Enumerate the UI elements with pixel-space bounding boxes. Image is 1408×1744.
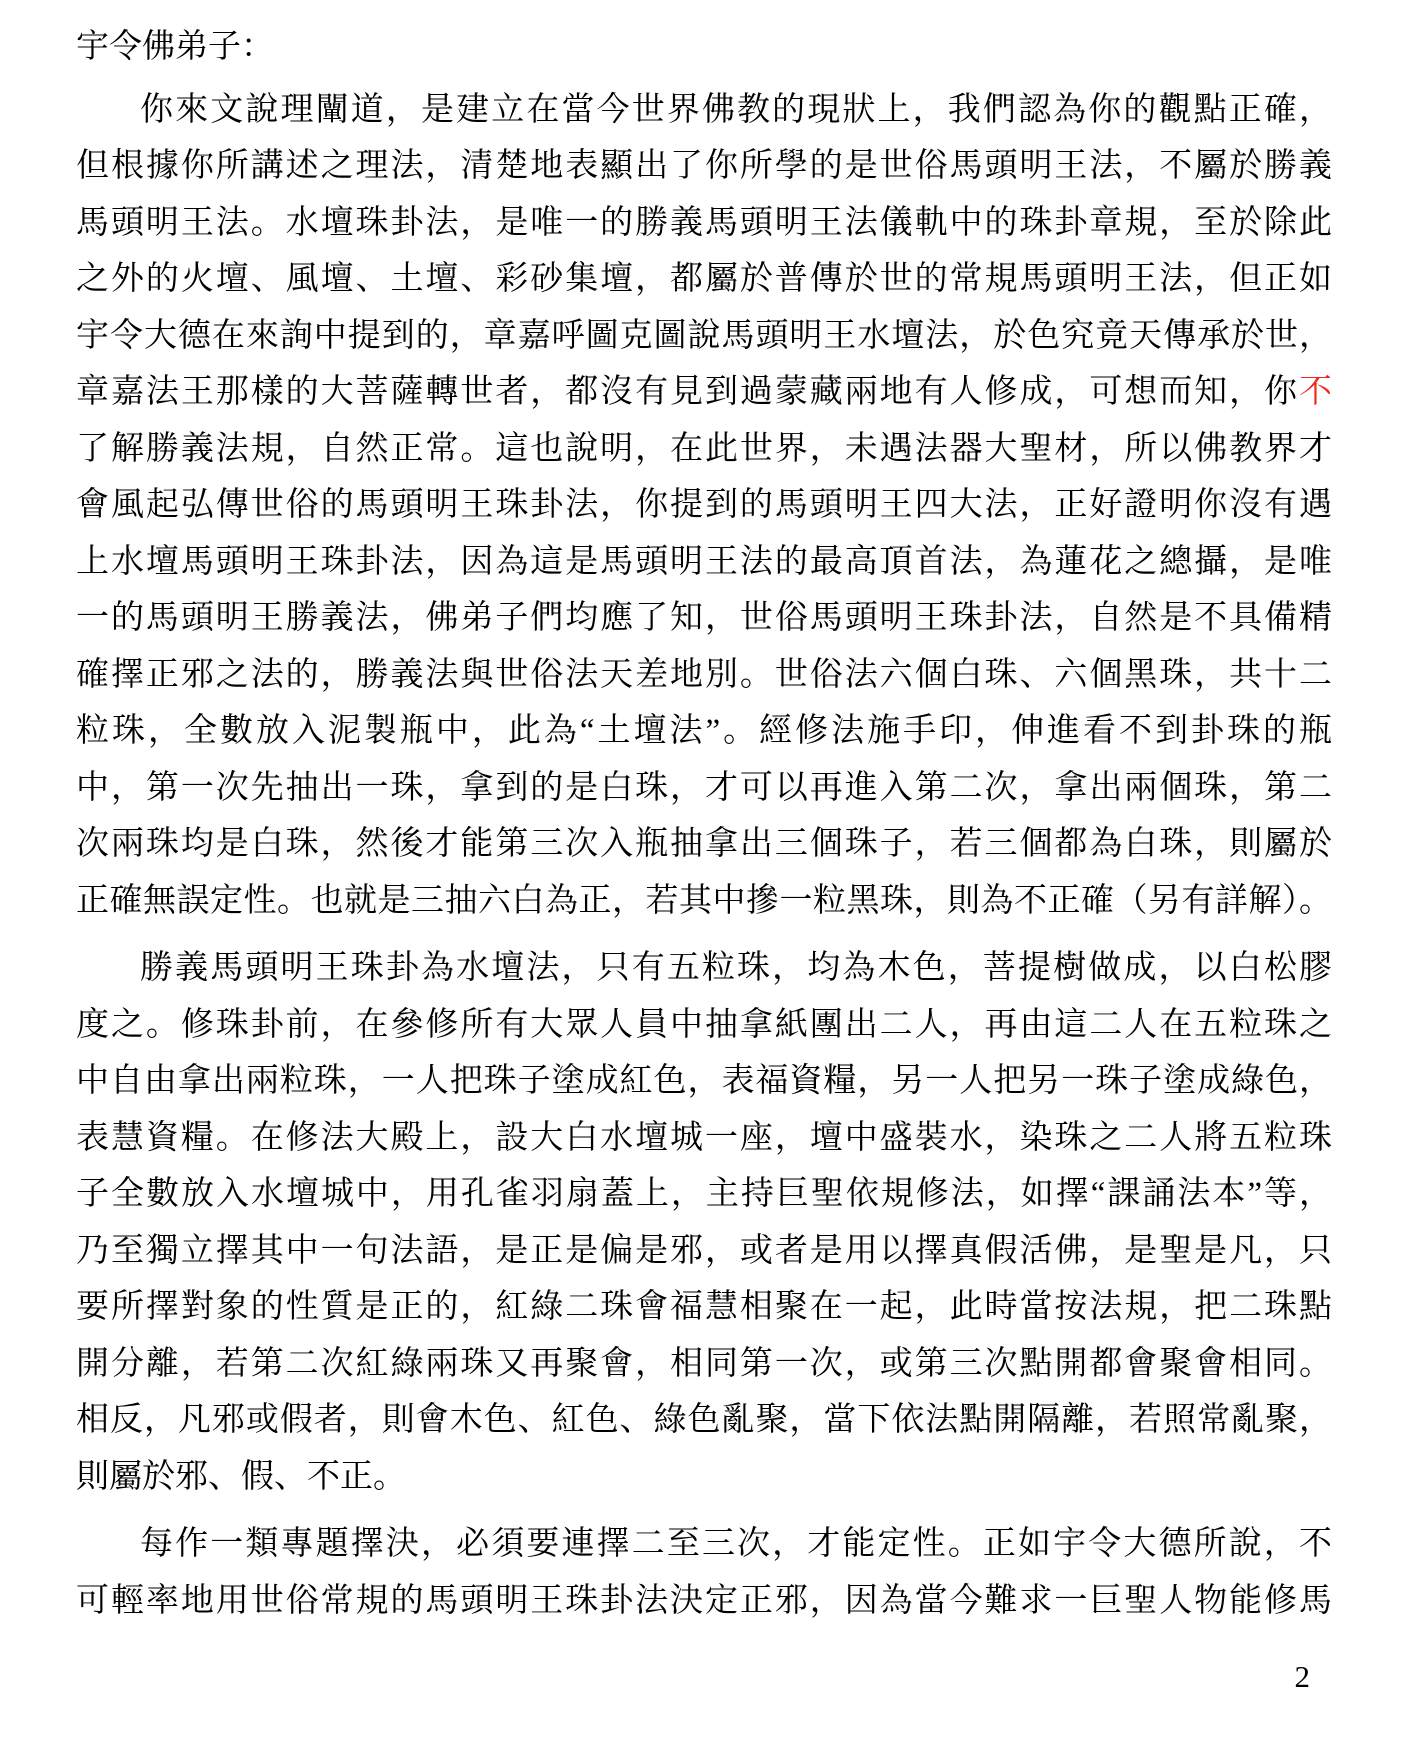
text-line: 中，第一次先抽出一珠，拿到的是白珠，才可以再進入第二次，拿出兩個珠，第二: [76, 760, 1332, 817]
text-line: 開分離，若第二次紅綠兩珠又再聚會，相同第一次，或第三次點開都會聚會相同。: [76, 1336, 1332, 1393]
text-line: 相反，凡邪或假者，則會木色、紅色、綠色亂聚，當下依法點開隔離，若照常亂聚，: [76, 1392, 1332, 1449]
text-line: 正確無誤定性。也就是三抽六白為正，若其中摻一粒黑珠，則為不正確（另有詳解）。: [76, 873, 1332, 930]
text-line: 一的馬頭明王勝義法，佛弟子們均應了知，世俗馬頭明王珠卦法，自然是不具備精: [76, 590, 1332, 647]
text-line: 之外的火壇、風壇、土壇、彩砂集壇，都屬於普傳於世的常規馬頭明王法，但正如: [76, 251, 1332, 308]
text-line: 宇令大德在來詢中提到的，章嘉呼圖克圖說馬頭明王水壇法，於色究竟天傳承於世，: [76, 308, 1332, 365]
text-line: 每作一類專題擇決，必須要連擇二至三次，才能定性。正如宇令大德所說，不: [76, 1516, 1332, 1573]
text-line: 表慧資糧。在修法大殿上，設大白水壇城一座，壇中盛裝水，染珠之二人將五粒珠: [76, 1110, 1332, 1167]
text-line: 上水壇馬頭明王珠卦法，因為這是馬頭明王法的最高頂首法，為蓮花之總攝，是唯: [76, 534, 1332, 591]
document-page: 宇令佛弟子： 你來文說理闡道，是建立在當今世界佛教的現狀上，我們認為你的觀點正確…: [0, 0, 1408, 1697]
paragraph-1: 你來文說理闡道，是建立在當今世界佛教的現狀上，我們認為你的觀點正確， 但根據你所…: [76, 82, 1332, 930]
text-line: 度之。修珠卦前，在參修所有大眾人員中抽拿紙團出二人，再由這二人在五粒珠之: [76, 997, 1332, 1054]
text-line: 乃至獨立擇其中一句法語，是正是偏是邪，或者是用以擇真假活佛，是聖是凡，只: [76, 1223, 1332, 1280]
salutation: 宇令佛弟子：: [76, 19, 1332, 76]
text-line: 要所擇對象的性質是正的，紅綠二珠會福慧相聚在一起，此時當按法規，把二珠點: [76, 1279, 1332, 1336]
red-highlight-char: 不: [1299, 374, 1332, 410]
text-line: 會風起弘傳世俗的馬頭明王珠卦法，你提到的馬頭明王四大法，正好證明你沒有遇: [76, 477, 1332, 534]
text-line: 了解勝義法規，自然正常。這也說明，在此世界，未遇法器大聖材，所以佛教界才: [76, 421, 1332, 478]
text-line: 粒珠，全數放入泥製瓶中，此為“土壇法”。經修法施手印，伸進看不到卦珠的瓶: [76, 703, 1332, 760]
paragraph-2: 勝義馬頭明王珠卦為水壇法，只有五粒珠，均為木色，菩提樹做成，以白松膠 度之。修珠…: [76, 940, 1332, 1505]
text-line-with-highlight: 章嘉法王那樣的大菩薩轉世者，都沒有見到過蒙藏兩地有人修成，可想而知，你不: [76, 364, 1332, 421]
text-line: 但根據你所講述之理法，清楚地表顯出了你所學的是世俗馬頭明王法，不屬於勝義: [76, 138, 1332, 195]
text-line: 馬頭明王法。水壇珠卦法，是唯一的勝義馬頭明王法儀軌中的珠卦章規，至於除此: [76, 195, 1332, 252]
paragraph-3: 每作一類專題擇決，必須要連擇二至三次，才能定性。正如宇令大德所說，不 可輕率地用…: [76, 1516, 1332, 1629]
text-line: 你來文說理闡道，是建立在當今世界佛教的現狀上，我們認為你的觀點正確，: [76, 82, 1332, 139]
text-line: 中自由拿出兩粒珠，一人把珠子塗成紅色，表福資糧，另一人把另一珠子塗成綠色，: [76, 1053, 1332, 1110]
text-line: 則屬於邪、假、不正。: [76, 1449, 1332, 1506]
text-line: 勝義馬頭明王珠卦為水壇法，只有五粒珠，均為木色，菩提樹做成，以白松膠: [76, 940, 1332, 997]
text-segment: 章嘉法王那樣的大菩薩轉世者，都沒有見到過蒙藏兩地有人修成，可想而知，你: [76, 374, 1299, 410]
text-line: 確擇正邪之法的，勝義法與世俗法天差地別。世俗法六個白珠、六個黑珠，共十二: [76, 647, 1332, 704]
text-line: 可輕率地用世俗常規的馬頭明王珠卦法決定正邪，因為當今難求一巨聖人物能修馬: [76, 1573, 1332, 1630]
text-line: 子全數放入水壇城中，用孔雀羽扇蓋上，主持巨聖依規修法，如擇“課誦法本”等，: [76, 1166, 1332, 1223]
text-line: 次兩珠均是白珠，然後才能第三次入瓶抽拿出三個珠子，若三個都為白珠，則屬於: [76, 816, 1332, 873]
page-number: 2: [76, 1657, 1332, 1697]
